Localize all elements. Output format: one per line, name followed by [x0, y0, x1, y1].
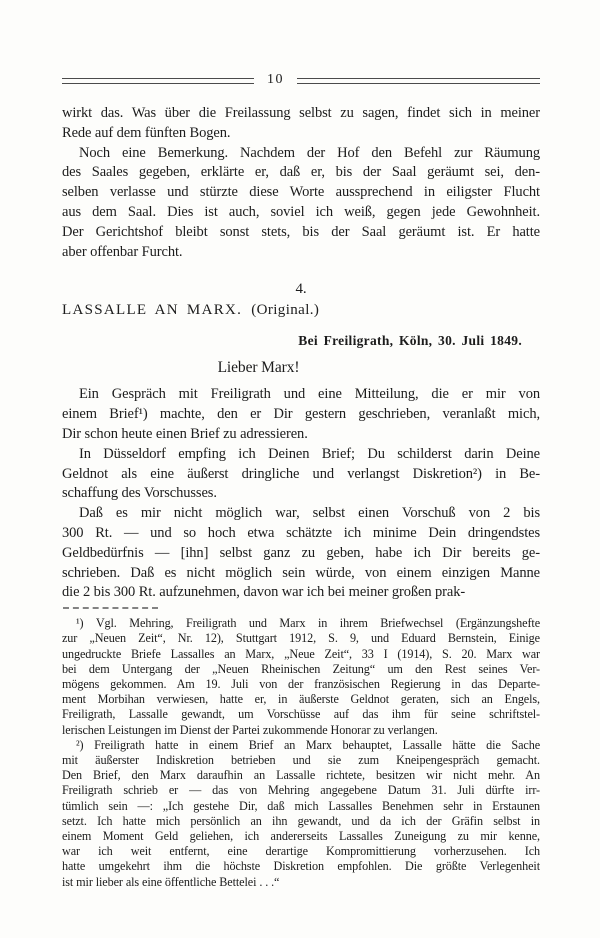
header-rule-left — [62, 78, 254, 84]
letter-heading: LASSALLE AN MARX.(Original.) — [62, 299, 540, 321]
footnote-separator — [63, 607, 158, 609]
page-number: 10 — [267, 73, 284, 87]
letter-dateline: Bei Freiligrath, Köln, 30. Juli 1849. — [62, 331, 540, 351]
letter-paragraph-2: In Düsseldorf empfing ich Deinen Brief; … — [62, 445, 540, 504]
main-text: wirkt das. Was über die Freilassung selb… — [62, 104, 540, 890]
text-column: 10 wirkt das. Was über die Freilassung s… — [62, 74, 540, 890]
letter-heading-annotation: (Original.) — [251, 302, 319, 318]
section-number: 4. — [62, 279, 540, 299]
footnote-1: ¹) Vgl. Mehring, Freiligrath und Marx in… — [62, 616, 540, 738]
letter-paragraph-3: Daß es mir nicht möglich war, selbst ein… — [62, 504, 540, 603]
letter-heading-title: LASSALLE AN MARX. — [62, 302, 242, 318]
letter-paragraph-1: Ein Gespräch mit Freiligrath und eine Mi… — [62, 385, 540, 444]
page-header: 10 — [62, 74, 540, 88]
footnote-2: ²) Freiligrath hatte in einem Brief an M… — [62, 738, 540, 890]
footnotes: ¹) Vgl. Mehring, Freiligrath und Marx in… — [62, 616, 540, 890]
paragraph-freilassung: wirkt das. Was über die Freilassung selb… — [62, 104, 540, 144]
header-rule-right — [297, 78, 540, 84]
letter-salutation: Lieber Marx! — [62, 357, 540, 379]
paragraph-bemerkung: Noch eine Bemerkung. Nachdem der Hof den… — [62, 144, 540, 263]
book-page: 10 wirkt das. Was über die Freilassung s… — [0, 0, 600, 938]
